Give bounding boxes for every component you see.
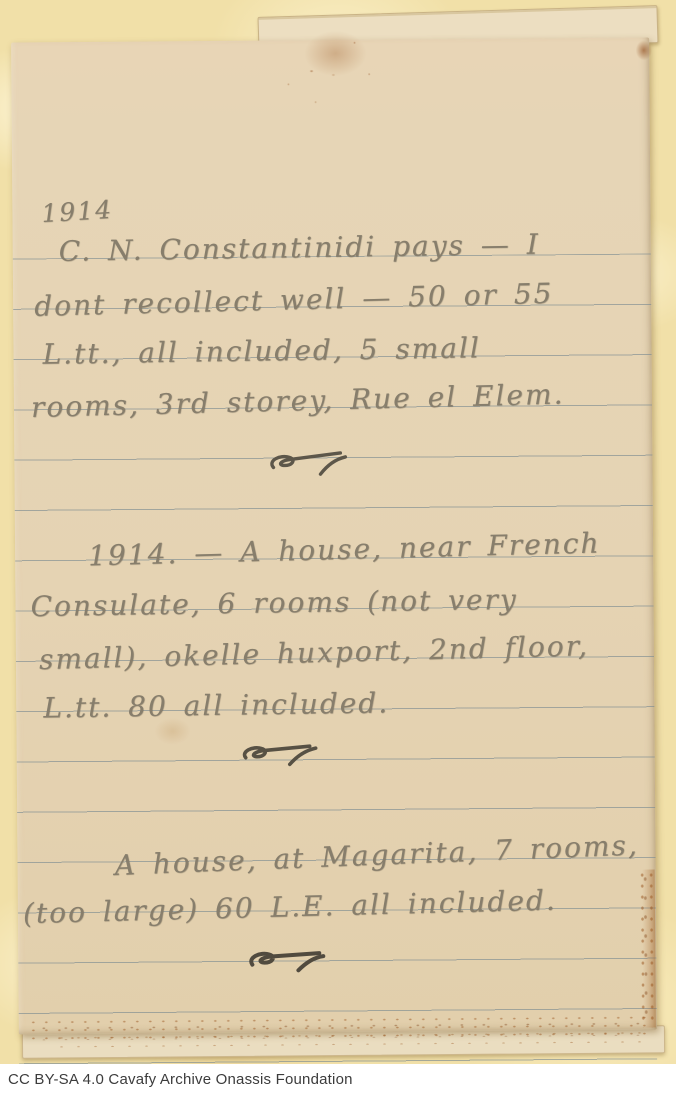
license-caption-bar: CC BY-SA 4.0 Cavafy Archive Onassis Foun…: [0, 1064, 676, 1094]
section-divider-flourish: [264, 448, 356, 479]
handwritten-line: L.tt., all included, 5 small: [42, 326, 481, 376]
stain-upper-faint: [261, 60, 351, 121]
handwritten-line: Consulate, 6 rooms (not very: [30, 578, 518, 629]
section-divider-flourish: [243, 946, 335, 975]
license-caption: CC BY-SA 4.0 Cavafy Archive Onassis Foun…: [0, 1071, 353, 1088]
section-divider-flourish: [238, 740, 326, 769]
archive-scan: 1914 C. N. Constantinidi pays — I dont r…: [0, 0, 676, 1094]
notebook-page: 1914 C. N. Constantinidi pays — I dont r…: [11, 38, 657, 1035]
stain-top-right-corner: [628, 37, 654, 69]
handwritten-line: C. N. Constantinidi pays — I: [58, 223, 540, 274]
foxing-specks-right-edge: [638, 869, 656, 1027]
handwritten-line: L.tt. 80 all included.: [43, 681, 389, 730]
